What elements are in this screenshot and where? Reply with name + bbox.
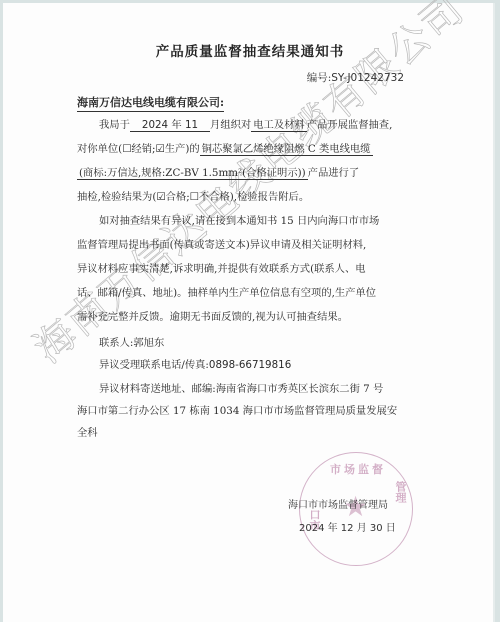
product-category: 电工及材料 [251, 119, 306, 132]
contact-phone-label: 异议受理联系电话/传真: [99, 359, 209, 371]
document-number: 编号:SY-J01242732 [307, 70, 404, 85]
para1-line4: 抽检,检验结果为(☑合格;☐不合格),检验报告附后。 [77, 188, 402, 203]
inspection-period: 2024 年 11 [130, 119, 210, 132]
product-name: 铜芯聚氯乙烯绝缘阻燃 C 类电线电缆 [200, 143, 373, 156]
document-title: 产品质量监督抽查结果通知书 [0, 40, 500, 60]
contact-person-name: 郭旭东 [133, 337, 164, 349]
issue-date: 2024 年 12 月 30 日 [299, 519, 396, 534]
para2-line1: 如对抽查结果有异议,请在接到本通知书 15 日内向海口市市场 [99, 212, 402, 227]
product-spec: (商标:万信达,规格:ZC-BV 1.5mm²(合格证明示)) [77, 167, 308, 180]
para2-line4: 话、邮箱/传真、地址)。抽样单内生产单位信息有空项的,生产单位 [77, 284, 402, 299]
issuer-name: 海口市市场监督管理局 [288, 496, 388, 511]
addressee: 海南万信达电线电缆有限公司: [77, 94, 224, 112]
para1-line1: 我局于2024 年 11月组织对电工及材料产品开展监督抽查, [99, 116, 402, 131]
contact-person: 联系人:郭旭东 [99, 334, 402, 349]
contact-address-line2: 海口市第二行办公区 17 栋南 1034 海口市市场监督管理局质量发展安 [77, 402, 402, 417]
para1-line3: (商标:万信达,规格:ZC-BV 1.5mm²(合格证明示))产品进行了 [77, 164, 402, 179]
contact-phone: 异议受理联系电话/传真:0898-66719816 [99, 356, 402, 371]
document-number-value: SY-J01242732 [331, 72, 404, 84]
para2-line5: 需补充完整并反馈。逾期无书面反馈的,视为认可抽查结果。 [77, 308, 402, 323]
para2-line2: 监督管理局提出书面(传真或寄送文本)异议申请及相关证明材料, [77, 236, 402, 251]
contact-phone-value: 0898-66719816 [209, 359, 291, 371]
contact-address-line1: 异议材料寄送地址、邮编:海南省海口市秀英区长滨东二街 7 号 [99, 380, 402, 395]
para1-line2: 对你单位(☐经销;☑生产)的铜芯聚氯乙烯绝缘阻燃 C 类电线电缆 [77, 140, 402, 155]
contact-person-label: 联系人: [99, 337, 133, 349]
para2-line3: 异议材料应事实清楚,诉求明确,并提供有效联系方式(联系人、电 [77, 260, 402, 275]
text: 产品开展监督抽查, [307, 119, 393, 131]
text: 月组织对 [210, 119, 251, 131]
document-number-label: 编号: [307, 72, 332, 84]
text: 对你单位(☐经销;☑生产)的 [77, 143, 200, 155]
contact-address-line3: 全科 [77, 424, 402, 439]
seal-right-text: 管理 [392, 481, 408, 503]
text: 我局于 [99, 119, 130, 131]
seal-top-text: 市场监督 [330, 461, 386, 477]
text: 产品进行了 [308, 167, 359, 179]
